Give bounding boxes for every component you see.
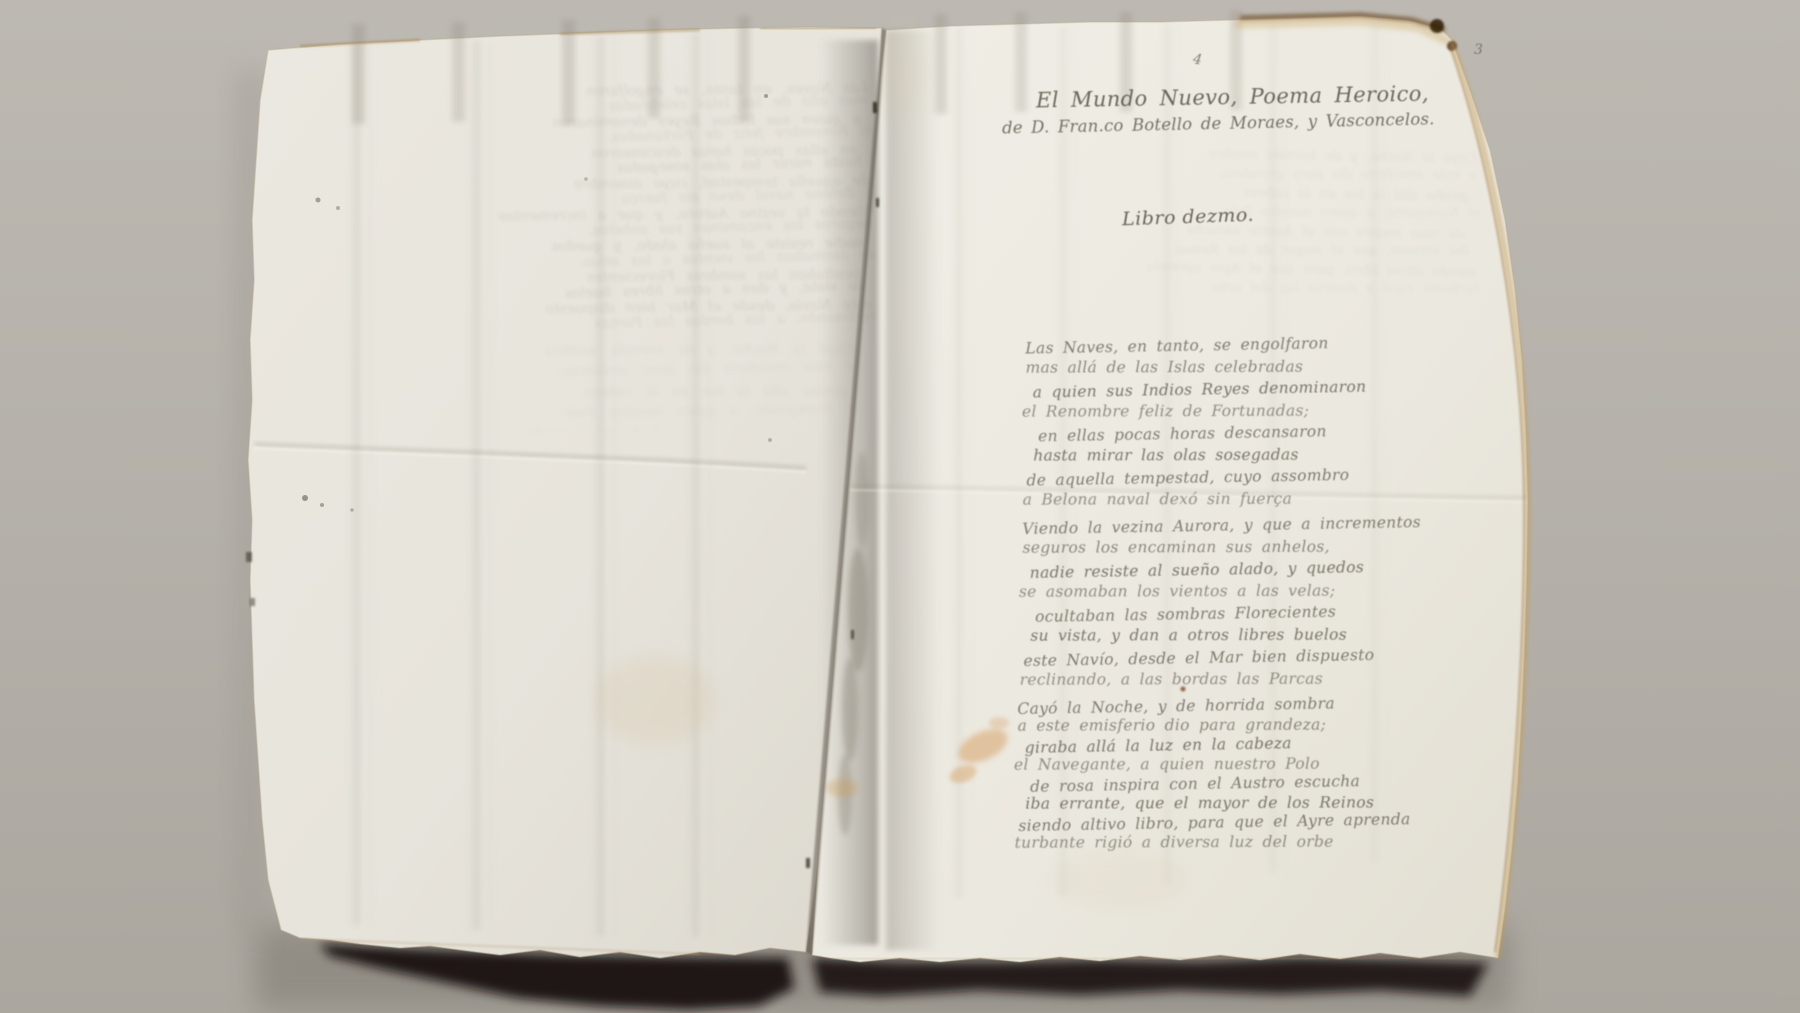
- tan-edge-bottom: [830, 958, 1490, 959]
- ink-speck: [320, 503, 324, 507]
- stitch-mark: [806, 858, 810, 868]
- bleedthrough-block: Las Naves, en tanto, se engolfaronmas al…: [302, 78, 869, 214]
- edge-nick: [250, 598, 255, 606]
- gutter-crumple: [842, 658, 858, 762]
- burn-spot: [1430, 19, 1444, 33]
- cast-shadow-right: [812, 958, 1488, 996]
- book-heading: Libro dezmo.: [1122, 204, 1255, 231]
- verse-line: el Renombre feliz de Fortunadas;: [1022, 399, 1367, 422]
- ink-speck: [302, 495, 308, 501]
- verse-line: hasta mirar las olas sosegadas: [1033, 443, 1367, 466]
- bleedthrough-block: Viendo la vezina Aurora, y que a increme…: [305, 202, 872, 338]
- tan-edge-top-left: [760, 28, 876, 29]
- faint-stain: [880, 22, 924, 118]
- bleedthrough-ghost-left-lower: Cayó la Noche, y de horrida sombraa este…: [334, 336, 855, 435]
- stitch-mark: [851, 630, 854, 639]
- stanza-2: Viendo la vezina Aurora, y que a increme…: [1022, 512, 1422, 691]
- top-crease: [935, 14, 947, 114]
- faint-stain: [1050, 850, 1190, 910]
- stanza-1: Las Naves, en tanto, se engolfaronmas al…: [1025, 333, 1367, 512]
- ink-speck: [768, 438, 772, 442]
- verse-line: reclinando, a las bordas las Parcas: [1020, 667, 1423, 690]
- bleedthrough-ghost-left: Las Naves, en tanto, se engolfaronmas al…: [302, 78, 872, 338]
- ink-speck: [350, 508, 353, 511]
- folio-number-corner: 3: [1474, 42, 1483, 58]
- gutter-crumple: [848, 548, 868, 672]
- ink-stain: [989, 717, 1009, 729]
- top-crease: [1015, 12, 1027, 112]
- ink-stain: [826, 779, 858, 797]
- verse-line: turbante rigió a diversa luz del orbe: [1015, 832, 1411, 853]
- faint-stain: [595, 655, 715, 745]
- gutter-crumple: [855, 452, 869, 548]
- verse-line: turbante rigió a diversa luz del orbe: [1145, 278, 1479, 298]
- verse-line: mas allá de las Islas celebradas: [1025, 355, 1366, 378]
- paper-artwork: [0, 0, 1800, 1013]
- verse-line: a Belona naval dexó sin fuerça: [1023, 487, 1368, 510]
- stitch-mark: [873, 102, 877, 113]
- stitch-mark: [876, 198, 879, 207]
- stanza-3: Cayó la Noche, y de horrida sombraa este…: [1017, 694, 1410, 853]
- manuscript-photo: Las Naves, en tanto, se engolfaronmas al…: [0, 0, 1800, 1013]
- edge-nick: [246, 552, 252, 562]
